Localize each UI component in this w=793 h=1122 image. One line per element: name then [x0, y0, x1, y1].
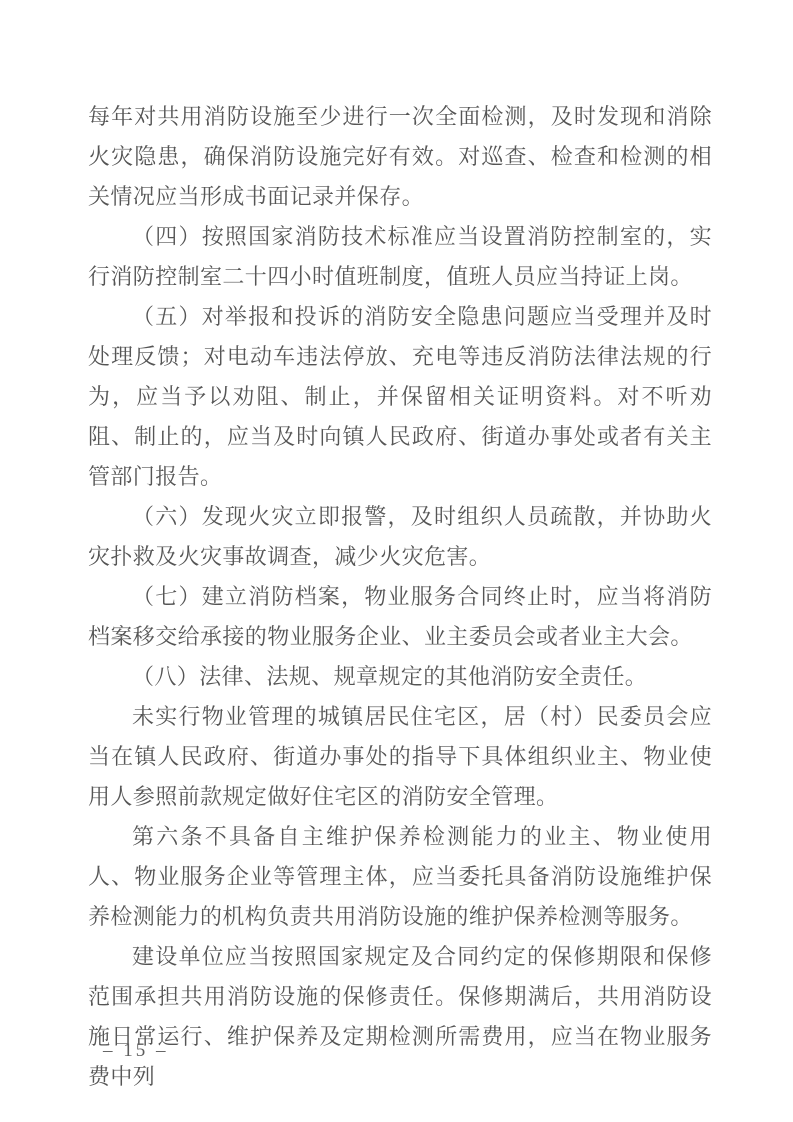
paragraph: （四）按照国家消防技术标准应当设置消防控制室的，实行消防控制室二十四小时值班制度…: [88, 217, 712, 297]
paragraph: 未实行物业管理的城镇居民住宅区，居（村）民委员会应当在镇人民政府、街道办事处的指…: [88, 697, 712, 817]
paragraph: 每年对共用消防设施至少进行一次全面检测，及时发现和消除火灾隐患，确保消防设施完好…: [88, 97, 712, 217]
document-page: 每年对共用消防设施至少进行一次全面检测，及时发现和消除火灾隐患，确保消防设施完好…: [0, 0, 793, 1122]
paragraph: （八）法律、法规、规章规定的其他消防安全责任。: [88, 657, 712, 697]
paragraph: （五）对举报和投诉的消防安全隐患问题应当受理并及时处理反馈；对电动车违法停放、充…: [88, 297, 712, 497]
document-body: 每年对共用消防设施至少进行一次全面检测，及时发现和消除火灾隐患，确保消防设施完好…: [88, 97, 712, 1097]
paragraph: 第六条不具备自主维护保养检测能力的业主、物业使用人、物业服务企业等管理主体，应当…: [88, 817, 712, 937]
page-number: – 15 –: [103, 1040, 169, 1062]
paragraph: （六）发现火灾立即报警，及时组织人员疏散，并协助火灾扑救及火灾事故调查，减少火灾…: [88, 497, 712, 577]
paragraph: （七）建立消防档案，物业服务合同终止时，应当将消防档案移交给承接的物业服务企业、…: [88, 577, 712, 657]
paragraph: 建设单位应当按照国家规定及合同约定的保修期限和保修范围承担共用消防设施的保修责任…: [88, 937, 712, 1097]
